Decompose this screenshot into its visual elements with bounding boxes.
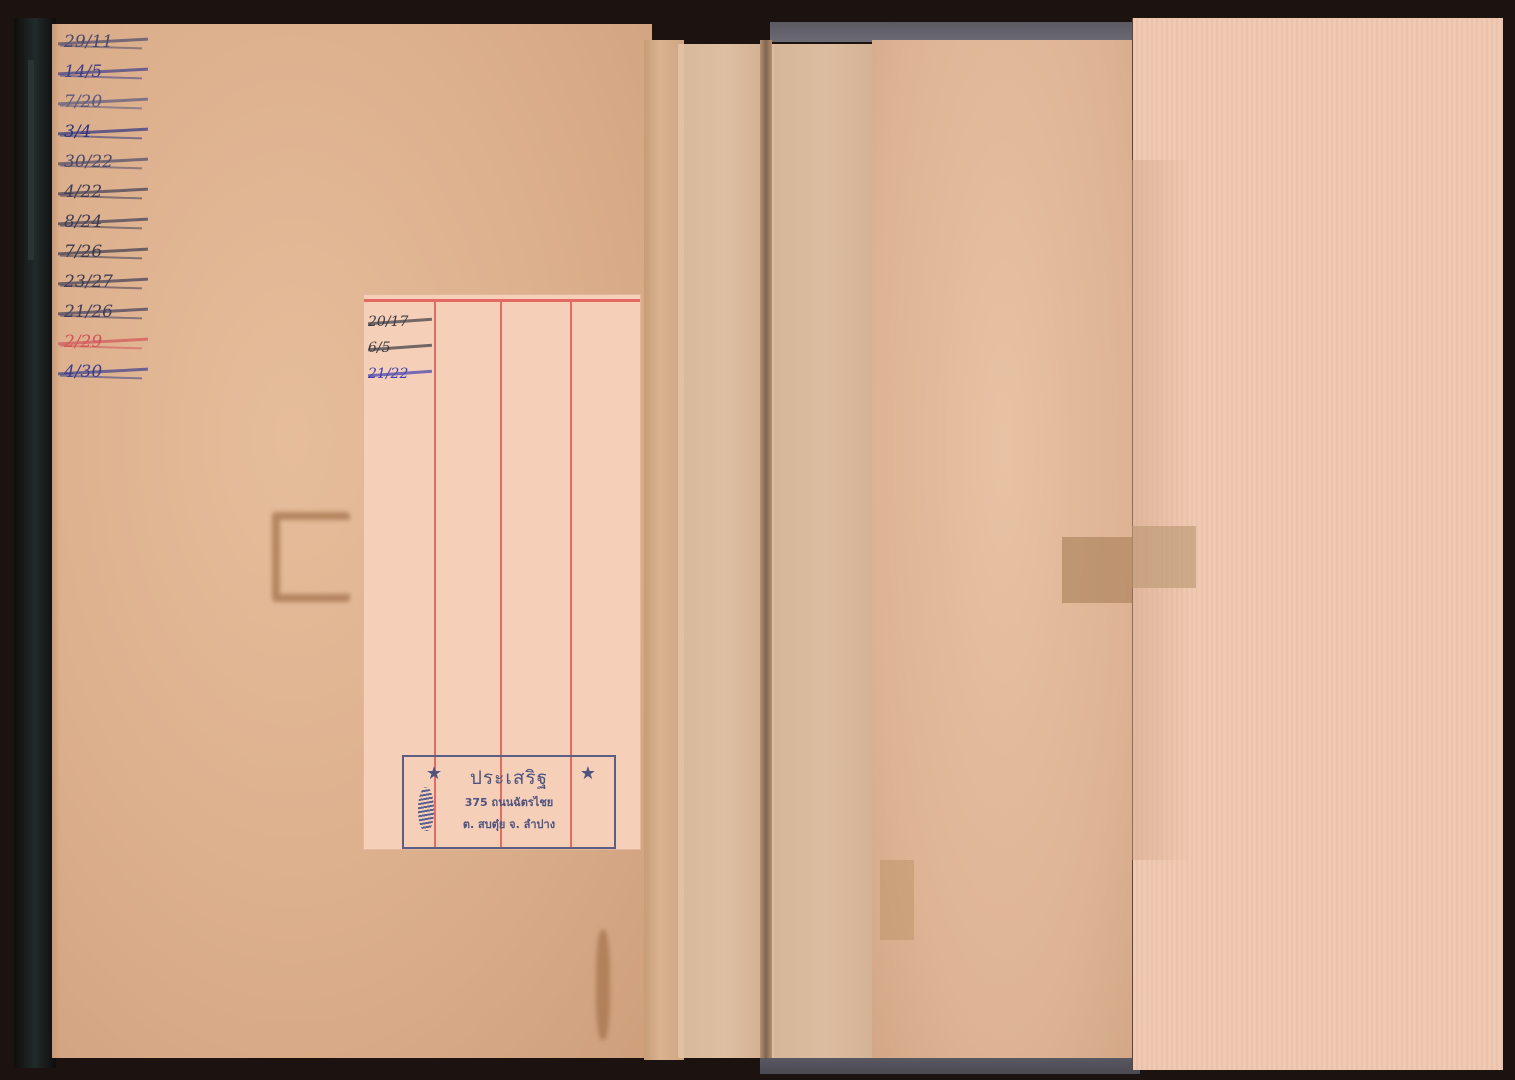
- handwritten-date-column: 29/11 14/5 7/20 3/4 30/22 4/22 8/24 7/26…: [58, 28, 148, 428]
- date-entry: 21/26: [58, 298, 148, 326]
- star-icon: ★: [580, 763, 596, 784]
- board-highlight: [28, 60, 34, 260]
- tape-residue: [1062, 537, 1134, 603]
- tape-residue: [1132, 526, 1196, 588]
- date-entry: 4/30: [58, 358, 148, 386]
- stamp-address-line: ต. สบตุ๋ย จ. ลำปาง: [404, 815, 614, 833]
- stain-streak: [596, 930, 610, 1040]
- date-due-slip: 20/17 6/5 21/22 ★ ประเสริฐ ★ 375 ถนนฉัตร…: [364, 295, 640, 849]
- stain-mark: [272, 512, 350, 602]
- stamp-address-line: 375 ถนนฉัตรไชย: [404, 793, 614, 811]
- slip-date: 21/22: [368, 361, 432, 387]
- slip-header-rule: [364, 299, 640, 302]
- tape-residue: [880, 860, 914, 940]
- date-entry: 7/20: [58, 88, 148, 116]
- cloth-edge-top: [770, 22, 1135, 42]
- slip-date-list: 20/17 6/5 21/22: [368, 309, 432, 387]
- date-entry: 23/27: [58, 268, 148, 296]
- bookshop-stamp: ★ ประเสริฐ ★ 375 ถนนฉัตรไชย ต. สบตุ๋ย จ.…: [402, 755, 616, 849]
- date-entry: 4/22: [58, 178, 148, 206]
- slip-date: 6/5: [368, 335, 432, 361]
- repair-tape-right: [772, 44, 882, 1058]
- flyleaf-shading: [1132, 160, 1192, 860]
- date-entry-red: 2/29: [58, 328, 148, 356]
- date-entry: 8/24: [58, 208, 148, 236]
- cloth-edge-bottom: [760, 1058, 1140, 1074]
- gutter: [760, 40, 772, 1058]
- slip-date: 20/17: [368, 309, 432, 335]
- date-entry: 7/26: [58, 238, 148, 266]
- left-board-edge: [14, 18, 56, 1068]
- date-entry: 30/22: [58, 148, 148, 176]
- date-entry: 29/11: [58, 28, 148, 56]
- date-entry: 3/4: [58, 118, 148, 146]
- date-entry: 14/5: [58, 58, 148, 86]
